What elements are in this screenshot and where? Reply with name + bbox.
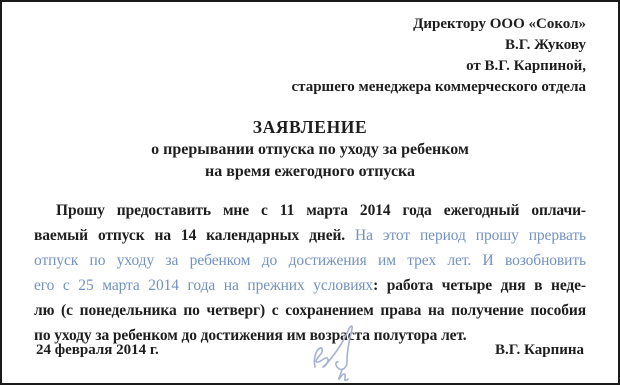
body-text-highlighted: отпуск по уходу за ребенком до достижени… [34, 252, 586, 269]
title-block: ЗАЯВЛЕНИЕ о прерывании отпуска по уходу … [34, 115, 586, 183]
document-subtitle-line: о прерывании отпуска по уходу за ребенко… [34, 139, 586, 161]
body-text: Прошу предоставить мне с 11 марта 2014 г… [56, 202, 586, 219]
body-text-highlighted: На этот период прошу прервать [355, 227, 586, 244]
body-line: ваемый отпуск на 14 календарных дней. На… [34, 223, 586, 248]
recipient-line: В.Г. Жукову [34, 35, 586, 56]
recipient-line: Директору ООО «Сокол» [34, 14, 586, 35]
recipient-block: Директору ООО «Сокол» В.Г. Жукову от В.Г… [34, 14, 586, 98]
body-text: ваемый отпуск на 14 календарных дней. [34, 227, 355, 244]
recipient-line: от В.Г. Карпиной, [34, 56, 586, 77]
body-text-highlighted: его с 25 марта 2014 года на прежних усло… [34, 277, 373, 294]
body-line: отпуск по уходу за ребенком до достижени… [34, 248, 586, 273]
application-document: Директору ООО «Сокол» В.Г. Жукову от В.Г… [0, 0, 620, 385]
body-line: Прошу предоставить мне с 11 марта 2014 г… [34, 198, 586, 223]
recipient-line: старшего менеджера коммерческого отдела [34, 77, 586, 98]
signer-name: В.Г. Карпина [495, 342, 584, 359]
body-line: его с 25 марта 2014 года на прежних усло… [34, 273, 586, 298]
body-text: : работа четыре дня в неде- [373, 277, 586, 294]
document-subtitle-line: на время ежегодного отпуска [34, 161, 586, 183]
date-label: 24 февраля 2014 г. [36, 342, 159, 359]
document-title: ЗАЯВЛЕНИЕ [34, 115, 586, 139]
handwritten-signature-icon [290, 319, 390, 383]
body-text: лю (с понедельника по четверг) с сохране… [34, 302, 586, 319]
